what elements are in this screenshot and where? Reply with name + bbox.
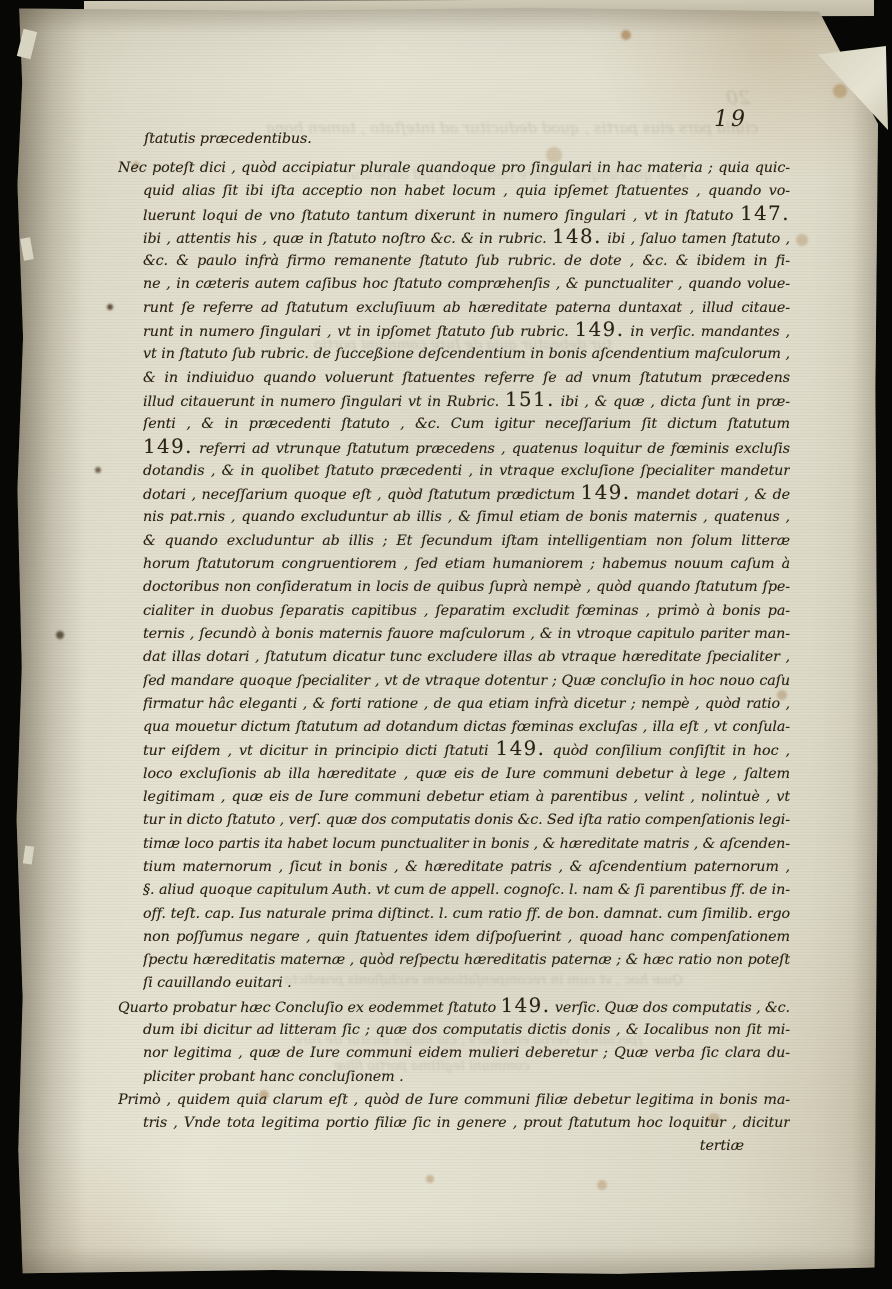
- continuation-line: ſtatutis præcedentibus.: [144, 128, 790, 157]
- text-line: tris , Vnde tota legitima portio filiæ ſ…: [143, 1112, 790, 1135]
- text-line: firmatur hâc eleganti , & forti ratione …: [143, 693, 790, 716]
- text-line: ternis , ſecundò à bonis maternis fauore…: [143, 623, 790, 646]
- statute-number: 149.: [575, 320, 625, 341]
- text-line: ſenti , & in præcedenti ſtatuto , &c. Cu…: [143, 413, 790, 436]
- statute-number: 148.: [552, 227, 602, 248]
- statute-number: 149.: [143, 437, 193, 458]
- show-through-text: 20: [726, 87, 750, 109]
- text-line: runt ſe referre ad ſtatutum excluſiuum a…: [143, 297, 790, 320]
- text-line: ſpectu hæreditatis maternæ , quòd reſpec…: [143, 949, 790, 972]
- text-line: ibi , attentis his , quæ in ſtatuto noſt…: [143, 227, 790, 250]
- foxing-spot: [107, 304, 113, 310]
- text-line: Nec poteſt dici , quòd accipiatur plural…: [118, 157, 790, 180]
- text-line: &c. & paulo infrà firmo remanente ſtatut…: [143, 250, 790, 273]
- text-line: & in indiuiduo quando voluerunt ſtatuent…: [143, 367, 790, 390]
- text-line: Quarto probatur hæc Concluſio ex eodemme…: [118, 996, 790, 1019]
- text-line: cialiter in duobus ſeparatis capitibus ,…: [143, 600, 790, 623]
- foxing-spot: [95, 467, 101, 473]
- text-line: quid alias ſit ibi iſta acceptio non hab…: [143, 180, 790, 203]
- statute-number: 149.: [581, 483, 631, 504]
- text-line: pliciter probant hanc concluſionem .: [143, 1066, 790, 1089]
- statute-number: 147.: [740, 204, 790, 225]
- text-line: tur eiſdem , vt dicitur in principio dic…: [143, 739, 790, 762]
- text-line: dum ibi dicitur ad litteram ſic ; quæ do…: [143, 1019, 790, 1042]
- text-line: loco excluſionis ab illa hæreditate , qu…: [143, 763, 790, 786]
- text-line: non poſſumus negare , quin ſtatuentes id…: [143, 926, 790, 949]
- foxing-spot: [597, 1180, 607, 1190]
- text-line: qua mouetur dictum ſtatutum ad dotandum …: [143, 716, 790, 739]
- text-line: runt in numero ſingulari , vt in ipſomet…: [143, 320, 790, 343]
- text-line: dotandis , & in quolibet ſtatuto præcede…: [143, 460, 790, 483]
- foxing-spot: [796, 234, 808, 246]
- foxing-spot: [621, 30, 631, 40]
- text-line: 149. referri ad vtrunque ſtatutum præced…: [143, 437, 790, 460]
- book-scan: 20ciuila pars eius partis , quod deducit…: [0, 0, 892, 1289]
- text-line: Primò , quidem quia clarum eſt , quòd de…: [118, 1089, 790, 1112]
- text-line: §. aliud quoque capitulum Auth. vt cum d…: [143, 879, 790, 902]
- text-line: dat illas dotari , ſtatutum dicatur tunc…: [143, 646, 790, 669]
- text-block: ſtatutis præcedentibus. Nec poteſt dici …: [118, 128, 790, 1159]
- foxing-spot: [833, 84, 847, 98]
- foxing-spot: [426, 1175, 434, 1183]
- text-line: luerunt loqui de vno ſtatuto tantum dixe…: [143, 204, 790, 227]
- text-line: tium maternorum , ſicut in bonis , & hær…: [143, 856, 790, 879]
- text-line: dotari , neceſſarium quoque eſt , quòd ſ…: [143, 483, 790, 506]
- page-paper: 20ciuila pars eius partis , quod deducit…: [14, 7, 878, 1277]
- text-line: off. teſt. cap. Ius naturale prima diſti…: [143, 903, 790, 926]
- paragraphs: Nec poteſt dici , quòd accipiatur plural…: [118, 157, 790, 1135]
- text-line: ſi cauillando euitari .: [143, 972, 790, 995]
- text-line: tur in dicto ſtatuto , verſ. quæ dos com…: [143, 809, 790, 832]
- text-line: illud citauerunt in numero ſingulari vt …: [143, 390, 790, 413]
- statute-number: 149.: [501, 996, 551, 1017]
- text-line: & quando excluduntur ab illis ; Et ſecun…: [143, 530, 790, 553]
- text-line: vt in ſtatuto ſub rubric. de ſucceßione …: [143, 343, 790, 366]
- foxing-spot: [56, 631, 64, 639]
- catchword: tertiæ: [118, 1135, 790, 1158]
- text-line: horum ſtatutorum congruentiorem , ſed et…: [143, 553, 790, 576]
- text-line: timæ loco partis ita habet locum punctua…: [143, 833, 790, 856]
- text-line: nor legitima , quæ de Iure communi eidem…: [143, 1042, 790, 1065]
- text-line: doctoribus non conſideratum in locis de …: [143, 576, 790, 599]
- statute-number: 151.: [505, 390, 555, 411]
- text-line: ne , in cæteris autem caſibus hoc ſtatut…: [143, 273, 790, 296]
- text-line: legitimam , quæ eis de Iure communi debe…: [143, 786, 790, 809]
- text-line: nis pat.rnis , quando excluduntur ab ill…: [143, 506, 790, 529]
- statute-number: 149.: [496, 739, 546, 760]
- text-line: ſed mandare quoque ſpecialiter , vt de v…: [143, 670, 790, 693]
